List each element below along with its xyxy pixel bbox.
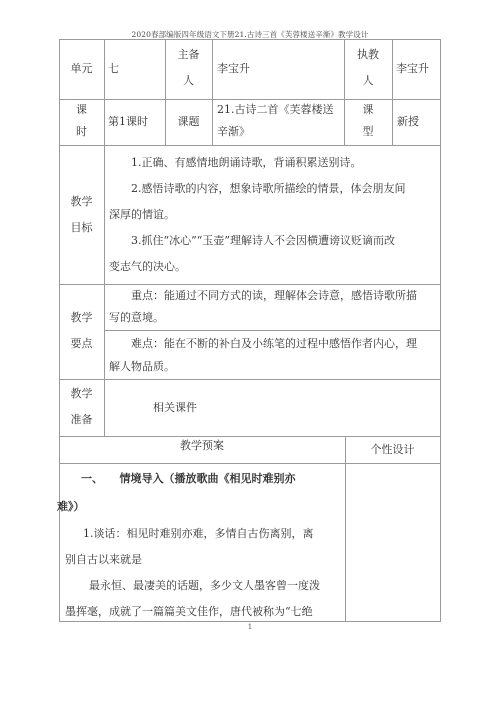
preparer-label: 主备 人 <box>165 42 212 99</box>
type-label-line2: 型 <box>344 121 392 143</box>
preparation-value: 相关课件 <box>131 379 431 436</box>
lesson-plan-body: 一、 情境导入（播放歌曲《相见时难别亦 难》） 1.谈话：相见时难别亦难，多情自… <box>59 465 345 625</box>
preparation-label-line1: 教学 <box>59 381 104 407</box>
topic-value: 21.古诗二首《芙蓉楼送 辛渐》 <box>217 99 344 145</box>
lesson-paragraph: 别自古以来就是 <box>59 547 345 573</box>
period-label-line2: 时 <box>59 121 104 143</box>
key-points-label-line2: 要点 <box>59 331 104 357</box>
section-heading: 一、 情境导入（播放歌曲《相见时难别亦 <box>59 465 345 493</box>
lesson-paragraph: 1.谈话：相见时难别亦难，多情自古伤离别，离 <box>59 521 345 547</box>
goal-item: 3.抓住“冰心”“玉壶”理解诗人不会因横遭谤议贬谪而改 <box>109 228 439 254</box>
goals-label: 教学 目标 <box>59 189 104 241</box>
teacher-label-line1: 执教 <box>344 42 392 68</box>
goal-item: 1.正确、有感情地朗诵诗歌，背诵积累送别诗。 <box>109 150 439 176</box>
type-value: 新授 <box>397 99 440 145</box>
period-value: 第1课时 <box>108 99 165 145</box>
unit-value: 七 <box>108 39 165 99</box>
personal-design-cell <box>346 464 440 621</box>
period-label-line1: 课 <box>59 99 104 121</box>
teacher-label: 执教 人 <box>344 42 392 99</box>
preparer-label-line1: 主备 <box>165 42 212 68</box>
row-divider <box>59 145 441 146</box>
type-label: 课 型 <box>344 99 392 145</box>
page-number: 1 <box>0 623 500 631</box>
difficulty-line: 难点：能在不断的补白及小练笔的过程中感悟作者内心，理 <box>109 332 439 355</box>
difficulty-content: 难点：能在不断的补白及小练笔的过程中感悟作者内心，理 解人物品质。 <box>109 332 439 378</box>
row-divider <box>104 330 441 331</box>
preparer-value: 李宝升 <box>217 39 344 99</box>
section-heading: 难》） <box>57 493 345 521</box>
goal-item: 变志气的决心。 <box>109 254 439 280</box>
goals-label-line2: 目标 <box>59 215 104 241</box>
goals-label-line1: 教学 <box>59 189 104 215</box>
lesson-paragraph: 墨挥毫，成就了一篇篇美文佳作，唐代被称为“七绝 <box>59 599 345 625</box>
type-label-line1: 课 <box>344 99 392 121</box>
col-divider <box>212 39 213 146</box>
teacher-value: 李宝升 <box>396 39 440 99</box>
teacher-label-line2: 人 <box>344 68 392 94</box>
preparation-label-line2: 准备 <box>59 407 104 433</box>
focus-line: 重点：能通过不同方式的读，理解体会诗意，感悟诗歌所描 <box>109 285 439 307</box>
preparation-label: 教学 准备 <box>59 381 104 433</box>
col-divider <box>392 39 393 146</box>
topic-value-line2: 辛渐》 <box>217 121 344 143</box>
lesson-plan-header: 教学预案 <box>59 434 345 458</box>
unit-label: 单元 <box>59 39 104 99</box>
personal-design-header: 个性设计 <box>345 437 440 463</box>
topic-label: 课题 <box>165 99 212 145</box>
goal-item: 2.感悟诗歌的内容，想象诗歌所描绘的情景，体会朋友间 <box>109 176 439 202</box>
goals-content: 1.正确、有感情地朗诵诗歌，背诵积累送别诗。 2.感悟诗歌的内容，想象诗歌所描绘… <box>109 150 439 280</box>
focus-line: 写的意境。 <box>109 307 439 329</box>
col-divider <box>104 39 105 437</box>
focus-content: 重点：能通过不同方式的读，理解体会诗意，感悟诗歌所描 写的意境。 <box>109 285 439 329</box>
preparer-label-line2: 人 <box>165 68 212 94</box>
goal-item: 深厚的情谊。 <box>109 202 439 228</box>
topic-value-line1: 21.古诗二首《芙蓉楼送 <box>217 99 344 121</box>
period-label: 课 时 <box>59 99 104 145</box>
lesson-paragraph: 最永恒、最凄美的话题，多少文人墨客曾一度泼 <box>59 573 345 599</box>
difficulty-line: 解人物品质。 <box>109 355 439 378</box>
key-points-label-line1: 教学 <box>59 305 104 331</box>
key-points-label: 教学 要点 <box>59 305 104 357</box>
